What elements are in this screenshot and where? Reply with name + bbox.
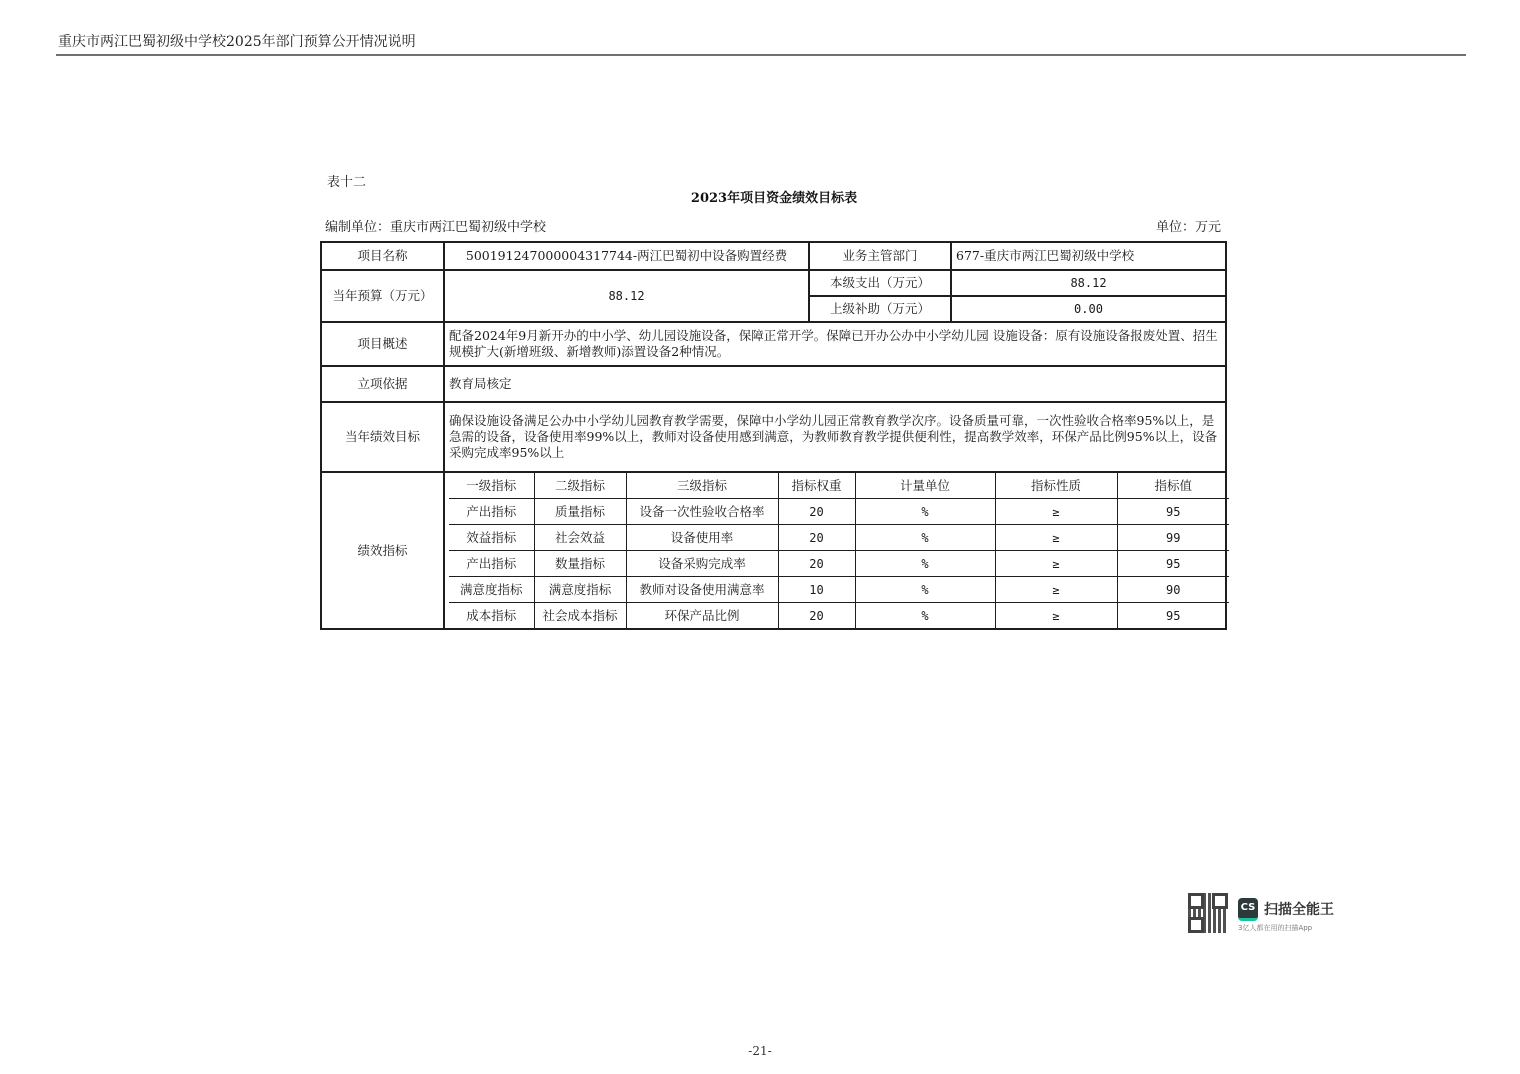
camscanner-tagline: 3亿人都在用的扫描App bbox=[1238, 923, 1312, 933]
indicator-level2: 社会效益 bbox=[534, 525, 626, 551]
budget-value: 88.12 bbox=[444, 270, 809, 322]
indicators-cell: 一级指标二级指标三级指标指标权重计量单位指标性质指标值产出指标质量指标设备一次性… bbox=[444, 472, 1226, 629]
indicator-level1: 满意度指标 bbox=[449, 577, 534, 603]
indicator-level1: 效益指标 bbox=[449, 525, 534, 551]
project-name-label: 项目名称 bbox=[321, 242, 444, 270]
indicator-header-value: 指标值 bbox=[1117, 473, 1229, 499]
page-header-title: 重庆市两江巴蜀初级中学校2025年部门预算公开情况说明 bbox=[58, 31, 416, 51]
indicator-nature: ≥ bbox=[995, 577, 1117, 603]
indicators-label: 绩效指标 bbox=[321, 472, 444, 629]
indicator-row: 产出指标质量指标设备一次性验收合格率20%≥95 bbox=[449, 499, 1229, 525]
indicator-level2: 质量指标 bbox=[534, 499, 626, 525]
own-expense-label: 本级支出（万元） bbox=[809, 270, 951, 296]
indicator-nature: ≥ bbox=[995, 525, 1117, 551]
indicator-header-row: 一级指标二级指标三级指标指标权重计量单位指标性质指标值 bbox=[449, 473, 1229, 499]
subsidy-value: 0.00 bbox=[951, 296, 1226, 322]
compiler-unit: 编制单位：重庆市两江巴蜀初级中学校 bbox=[325, 216, 546, 235]
main-table: 项目名称 500191247000004317744-两江巴蜀初中设备购置经费 … bbox=[320, 241, 1227, 630]
indicator-nature: ≥ bbox=[995, 603, 1117, 629]
indicator-value: 95 bbox=[1117, 551, 1229, 577]
indicator-weight: 20 bbox=[778, 499, 855, 525]
indicator-unit: % bbox=[855, 603, 995, 629]
indicator-header-level1: 一级指标 bbox=[449, 473, 534, 499]
indicator-level1: 成本指标 bbox=[449, 603, 534, 629]
page-header: 重庆市两江巴蜀初级中学校2025年部门预算公开情况说明 bbox=[56, 30, 1466, 56]
performance-target-table: 项目名称 500191247000004317744-两江巴蜀初中设备购置经费 … bbox=[320, 241, 1225, 630]
camscanner-logo-icon: CS bbox=[1238, 898, 1258, 921]
indicator-value: 90 bbox=[1117, 577, 1229, 603]
currency-unit: 单位：万元 bbox=[1156, 216, 1221, 235]
indicator-value: 99 bbox=[1117, 525, 1229, 551]
indicator-nature: ≥ bbox=[995, 551, 1117, 577]
indicator-row: 成本指标社会成本指标环保产品比例20%≥95 bbox=[449, 603, 1229, 629]
indicator-nature: ≥ bbox=[995, 499, 1117, 525]
indicator-header-unit: 计量单位 bbox=[855, 473, 995, 499]
indicator-level1: 产出指标 bbox=[449, 499, 534, 525]
subsidy-label: 上级补助（万元） bbox=[809, 296, 951, 322]
indicators-table: 一级指标二级指标三级指标指标权重计量单位指标性质指标值产出指标质量指标设备一次性… bbox=[449, 473, 1229, 628]
qr-code-icon bbox=[1188, 893, 1228, 933]
indicator-weight: 10 bbox=[778, 577, 855, 603]
overview-value: 配备2024年9月新开办的中小学、幼儿园设施设备，保障正常开学。保障已开办公办中… bbox=[444, 322, 1226, 366]
indicator-header-level2: 二级指标 bbox=[534, 473, 626, 499]
indicator-unit: % bbox=[855, 551, 995, 577]
page-number: -21- bbox=[0, 1044, 1520, 1058]
goal-value: 确保设施设备满足公办中小学幼儿园教育教学需要，保障中小学幼儿园正常教育教学次序。… bbox=[444, 402, 1226, 472]
budget-label: 当年预算（万元） bbox=[321, 270, 444, 322]
indicator-level3: 教师对设备使用满意率 bbox=[626, 577, 778, 603]
basis-label: 立项依据 bbox=[321, 366, 444, 402]
department-value: 677-重庆市两江巴蜀初级中学校 bbox=[951, 242, 1226, 270]
indicator-row: 产出指标数量指标设备采购完成率20%≥95 bbox=[449, 551, 1229, 577]
camscanner-watermark: CS 扫描全能王 3亿人都在用的扫描App bbox=[1188, 893, 1348, 937]
indicator-row: 效益指标社会效益设备使用率20%≥99 bbox=[449, 525, 1229, 551]
camscanner-name: 扫描全能王 bbox=[1264, 899, 1334, 919]
indicator-level2: 社会成本指标 bbox=[534, 603, 626, 629]
indicator-unit: % bbox=[855, 499, 995, 525]
indicator-header-nature: 指标性质 bbox=[995, 473, 1117, 499]
indicator-unit: % bbox=[855, 525, 995, 551]
indicator-level3: 设备采购完成率 bbox=[626, 551, 778, 577]
indicator-level2: 满意度指标 bbox=[534, 577, 626, 603]
indicator-weight: 20 bbox=[778, 551, 855, 577]
own-expense-value: 88.12 bbox=[951, 270, 1226, 296]
goal-label: 当年绩效目标 bbox=[321, 402, 444, 472]
indicator-level3: 环保产品比例 bbox=[626, 603, 778, 629]
basis-value: 教育局核定 bbox=[444, 366, 1226, 402]
indicator-weight: 20 bbox=[778, 603, 855, 629]
indicator-level3: 设备使用率 bbox=[626, 525, 778, 551]
indicator-weight: 20 bbox=[778, 525, 855, 551]
table-title: 2023年项目资金绩效目标表 bbox=[0, 187, 1520, 206]
overview-label: 项目概述 bbox=[321, 322, 444, 366]
department-label: 业务主管部门 bbox=[809, 242, 951, 270]
indicator-row: 满意度指标满意度指标教师对设备使用满意率10%≥90 bbox=[449, 577, 1229, 603]
indicator-level3: 设备一次性验收合格率 bbox=[626, 499, 778, 525]
indicator-level2: 数量指标 bbox=[534, 551, 626, 577]
indicator-header-weight: 指标权重 bbox=[778, 473, 855, 499]
project-name-value: 500191247000004317744-两江巴蜀初中设备购置经费 bbox=[444, 242, 809, 270]
indicator-value: 95 bbox=[1117, 499, 1229, 525]
indicator-value: 95 bbox=[1117, 603, 1229, 629]
indicator-unit: % bbox=[855, 577, 995, 603]
indicator-level1: 产出指标 bbox=[449, 551, 534, 577]
indicator-header-level3: 三级指标 bbox=[626, 473, 778, 499]
